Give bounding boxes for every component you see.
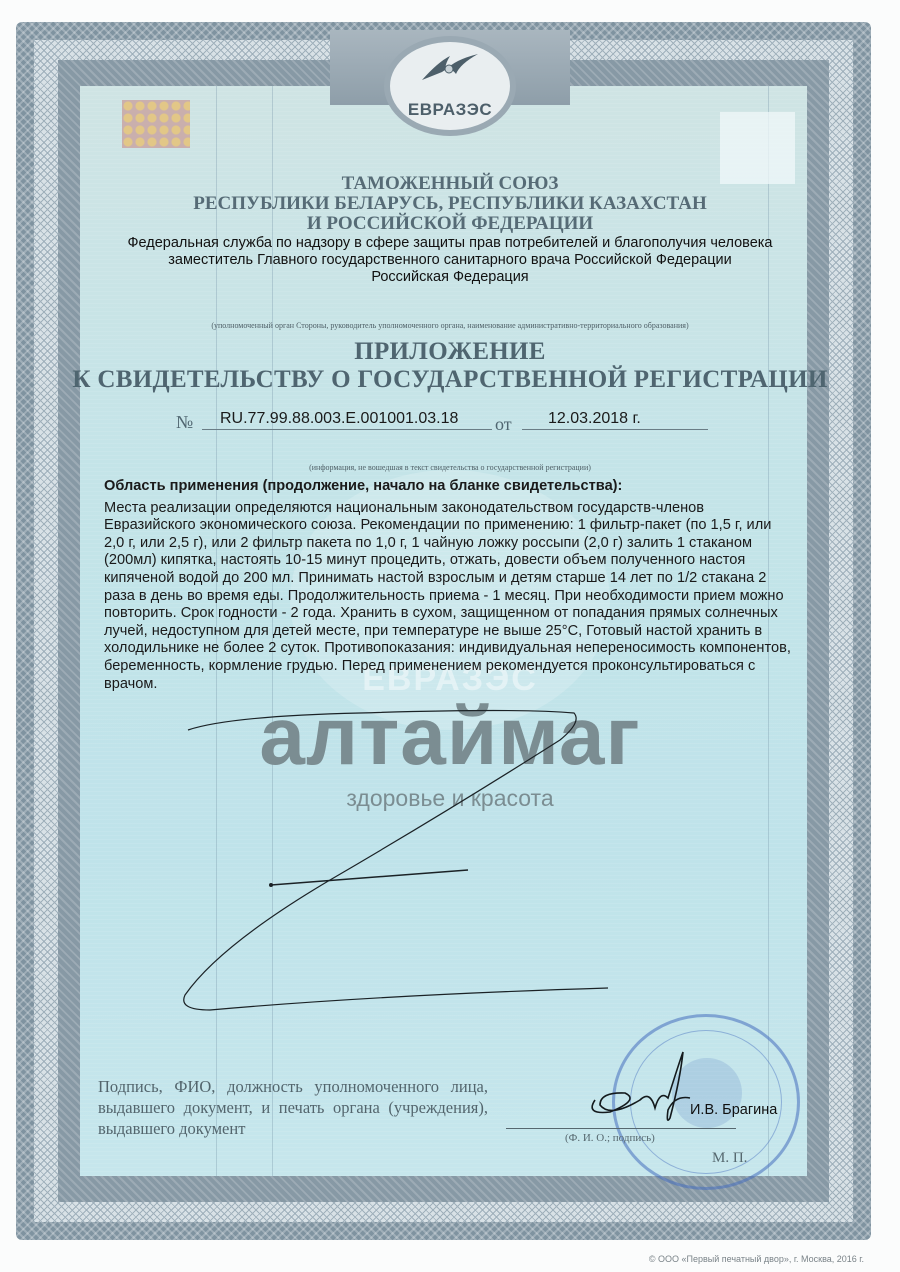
signature-line [506,1128,736,1129]
signature-caption: (Ф. И. О.; подпись) [565,1132,655,1144]
seal-label: М. П. [712,1150,747,1167]
printer-note: © ООО «Первый печатный двор», г. Москва,… [649,1254,864,1264]
signer-name: И.В. Брагина [690,1102,777,1118]
handwritten-signature [0,0,900,1272]
